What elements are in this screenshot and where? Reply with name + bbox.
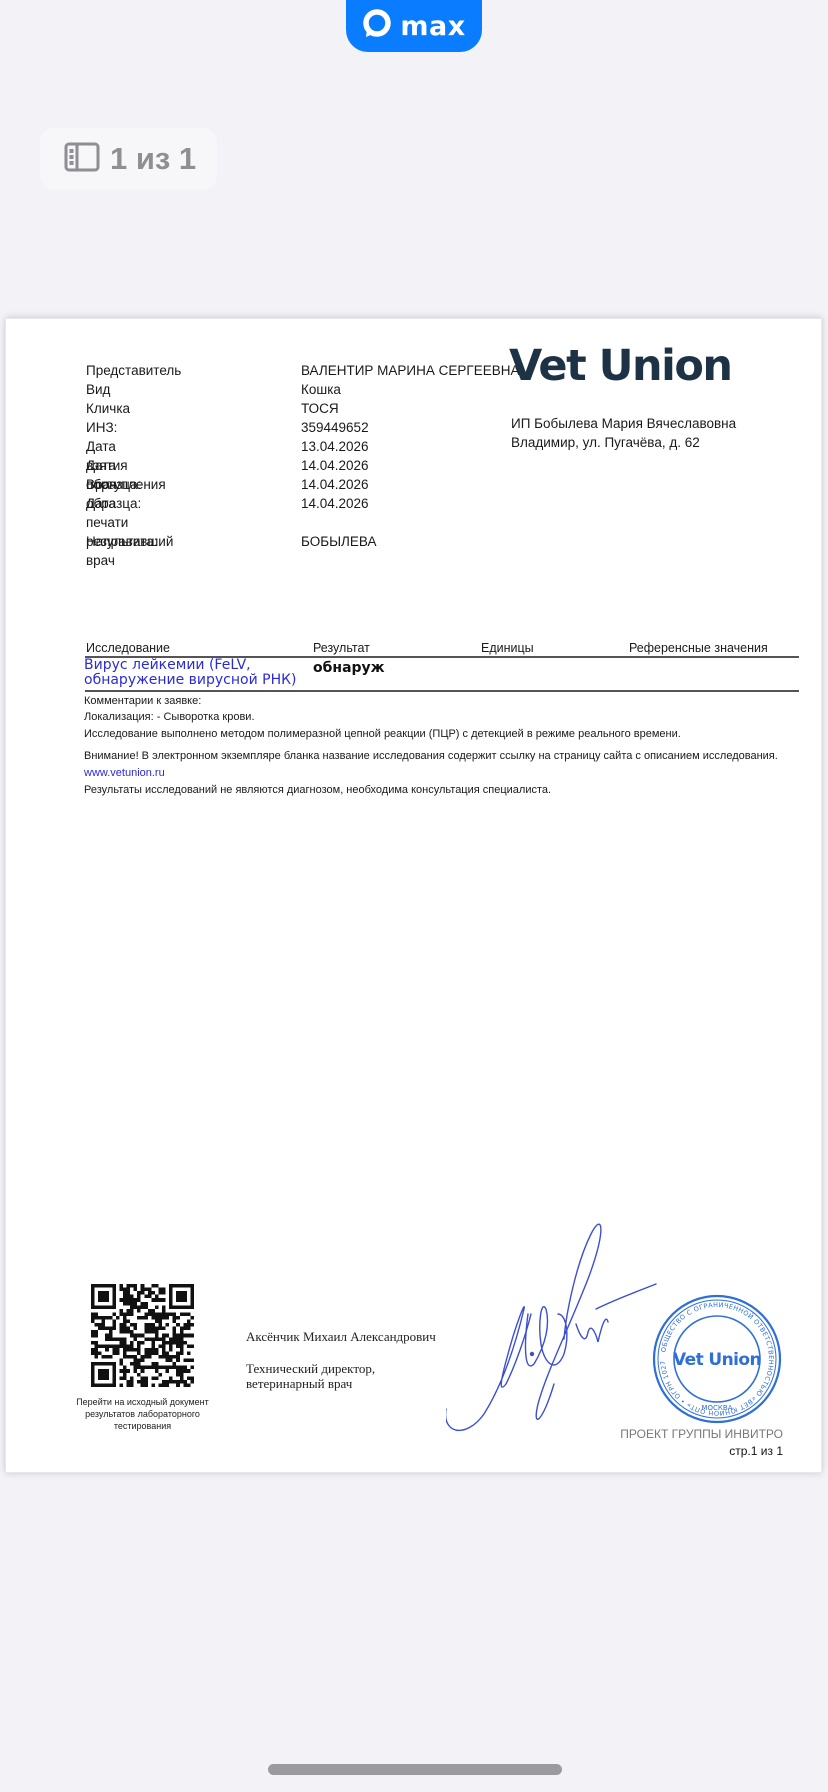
column-header-result: Результат (313, 641, 370, 655)
info-value: 14.04.2026 (301, 456, 369, 475)
signatory-name: Аксёнчик Михаил Александрович (246, 1329, 436, 1344)
table-row-divider (85, 690, 799, 692)
info-label: Направивший врач (86, 532, 173, 570)
document-page[interactable]: Представитель ВАЛЕНТИР МАРИНА СЕРГЕЕВНА … (5, 318, 822, 1473)
test-name-line: обнаружение вирусной РНК) (84, 673, 304, 688)
page-counter-label: 1 из 1 (110, 141, 196, 177)
comment-localization: Локализация: - Сыворотка крови. (84, 711, 255, 723)
company-stamp: ОБЩЕСТВО С ОГРАНИЧЕННОЙ ОТВЕТСТВЕННОСТЬЮ… (651, 1293, 783, 1425)
test-result: обнаруж (313, 660, 385, 676)
info-value: 13.04.2026 (301, 437, 369, 456)
info-label: Кличка (86, 399, 130, 418)
page-counter-button[interactable]: 1 из 1 (40, 128, 217, 190)
sidebar-thumbnails-icon (64, 142, 100, 176)
app-badge: max (346, 0, 482, 52)
app-name: max (400, 11, 465, 42)
comments-title: Комментарии к заявке: (84, 695, 201, 707)
info-value: ВАЛЕНТИР МАРИНА СЕРГЕЕВНА (301, 361, 519, 380)
qr-code[interactable] (91, 1284, 194, 1387)
comment-notice: Внимание! В электронном экземпляре бланк… (84, 750, 778, 762)
info-value: БОБЫЛЕВА (301, 532, 376, 551)
info-label: ИНЗ: (86, 418, 117, 437)
vet-union-logo: Vet Union (509, 341, 732, 391)
info-value: Кошка (301, 380, 341, 399)
info-value: ТОСЯ (301, 399, 339, 418)
max-logo-icon (362, 9, 392, 43)
info-value: 14.04.2026 (301, 475, 369, 494)
stamp-logo-text: Vet Union (673, 1350, 761, 1370)
home-indicator[interactable] (268, 1764, 562, 1775)
signature-image (446, 1214, 666, 1439)
info-value: 14.04.2026 (301, 494, 369, 513)
signatory-title-line2: ветеринарный врач (246, 1376, 352, 1391)
comment-disclaimer: Результаты исследований не являются диаг… (84, 784, 551, 796)
comment-method: Исследование выполнено методом полимераз… (84, 728, 681, 740)
qr-caption: Перейти на исходный документ результатов… (66, 1396, 219, 1432)
clinic-address: Владимир, ул. Пугачёва, д. 62 (511, 435, 700, 450)
clinic-name: ИП Бобылева Мария Вячеславовна (511, 416, 736, 431)
column-header-test: Исследование (86, 641, 170, 655)
test-name-link[interactable]: Вирус лейкемии (FeLV, обнаружение вирусн… (84, 658, 304, 688)
column-header-reference: Референсные значения (629, 641, 768, 655)
info-label: Вид (86, 380, 110, 399)
test-name-line: Вирус лейкемии (FeLV, (84, 658, 304, 673)
stamp-city: МОСКВА (702, 1404, 733, 1412)
info-value: 359449652 (301, 418, 369, 437)
signatory-title-line1: Технический директор, (246, 1361, 375, 1376)
project-footer: ПРОЕКТ ГРУППЫ ИНВИТРО (620, 1427, 783, 1441)
column-header-units: Единицы (481, 641, 534, 655)
info-label: Врач: (86, 475, 121, 494)
info-label: Представитель (86, 361, 181, 380)
page-number: стр.1 из 1 (729, 1444, 783, 1458)
vetunion-link[interactable]: www.vetunion.ru (84, 767, 165, 779)
